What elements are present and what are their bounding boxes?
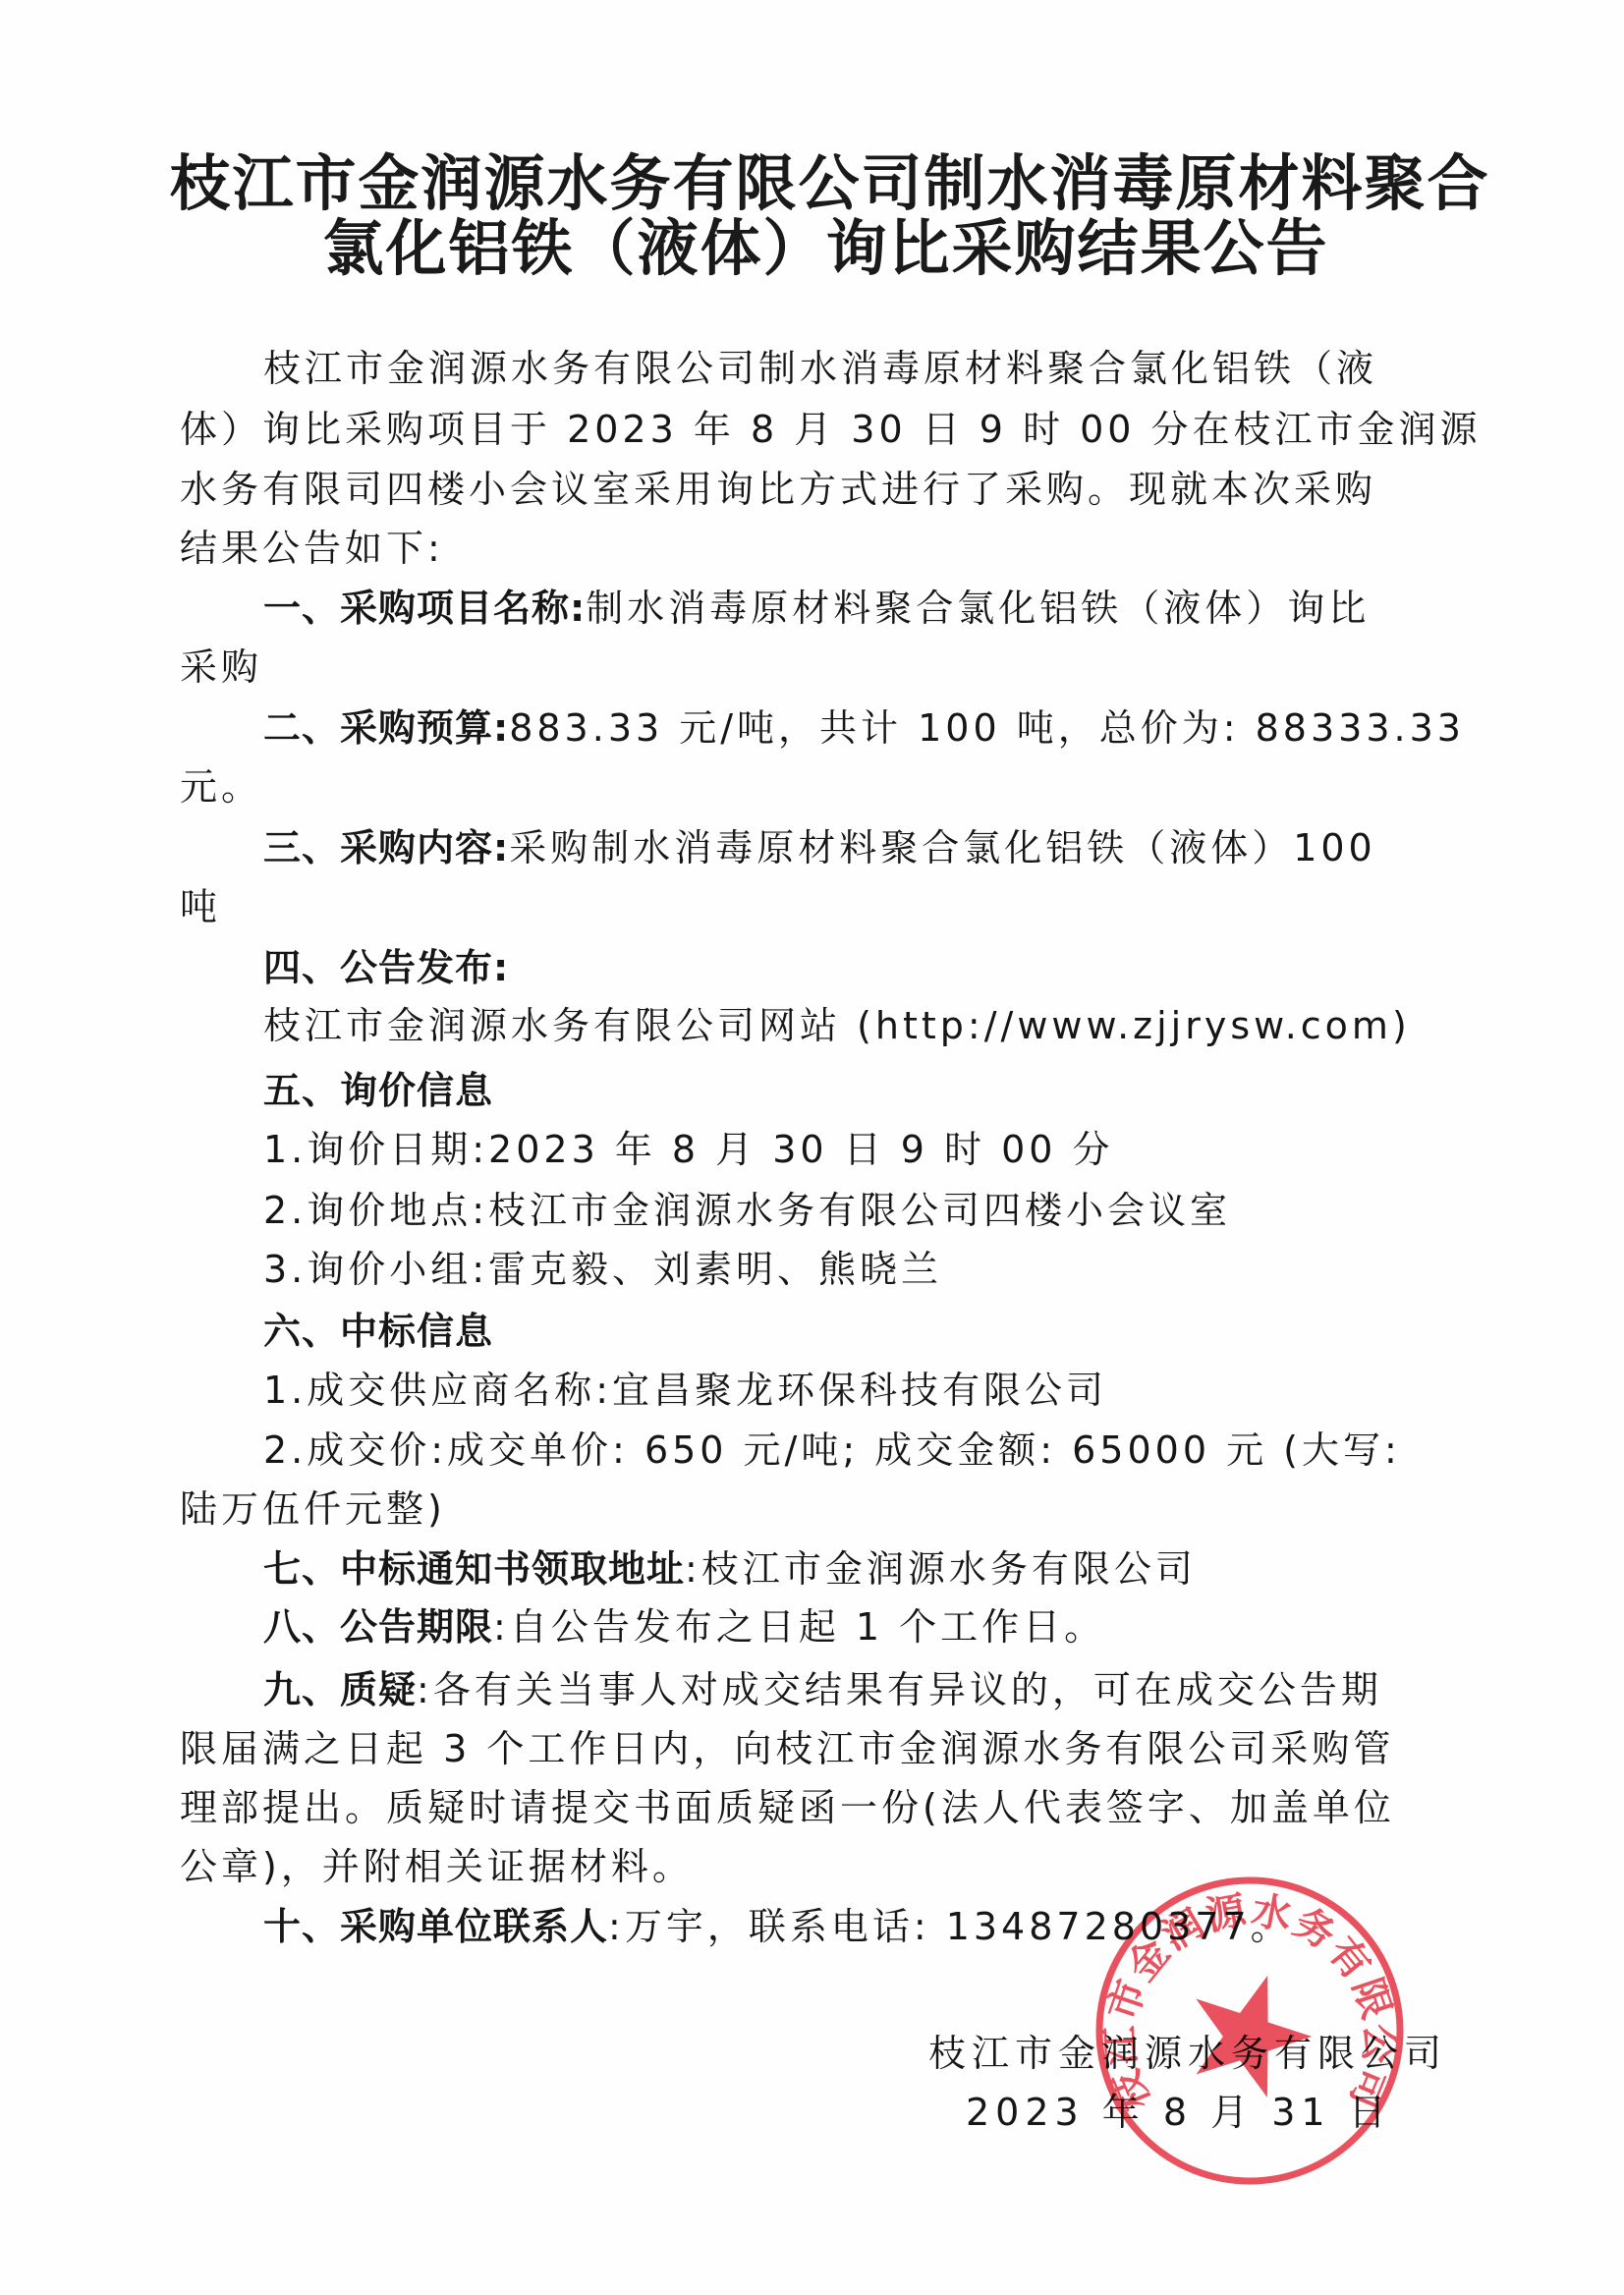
intro-line-1: 枝江市金润源水务有限公司制水消毒原材料聚合氯化铝铁（液: [263, 344, 1469, 393]
document-title-line-2: 氯化铝铁（液体）询比采购结果公告: [14, 214, 1624, 283]
section-3-continuation: 吨: [180, 882, 221, 931]
inquiry-location: 2.询价地点:枝江市金润源水务有限公司四楼小会议室: [263, 1186, 1231, 1235]
section-heading: 三、采购内容:: [263, 826, 509, 869]
section-heading: 七、中标通知书领取地址: [263, 1547, 685, 1591]
section-heading: 八、公告期限: [263, 1605, 493, 1649]
section-7-notice-pickup: 七、中标通知书领取地址:枝江市金润源水务有限公司: [263, 1544, 1197, 1594]
winning-supplier: 1.成交供应商名称:宜昌聚龙环保科技有限公司: [263, 1366, 1107, 1415]
section-2-budget: 二、采购预算:883.33 元/吨，共计 100 吨，总价为: 88333.33: [263, 703, 1465, 753]
section-10-contact: 十、采购单位联系人:万宇，联系电话: 13487280377。: [263, 1902, 1292, 1951]
winning-price: 2.成交价:成交单价: 650 元/吨; 成交金额: 65000 元 (大写:: [263, 1426, 1401, 1475]
section-4-website: 枝江市金润源水务有限公司网站 (http://www.zjjrysw.com): [263, 1001, 1411, 1050]
section-heading: 九、质疑: [263, 1668, 417, 1711]
intro-line-2: 体）询比采购项目于 2023 年 8 月 30 日 9 时 00 分在枝江市金润…: [180, 405, 1482, 454]
section-heading: 十、采购单位联系人: [263, 1905, 608, 1948]
section-5-inquiry-info: 五、询价信息: [263, 1066, 493, 1115]
section-4-publication: 四、公告发布:: [263, 943, 509, 992]
inquiry-panel: 3.询价小组:雷克毅、刘素明、熊晓兰: [263, 1245, 942, 1294]
contact-phone: :万宇，联系电话: 13487280377。: [608, 1905, 1292, 1948]
section-heading: 一、采购项目名称:: [263, 587, 586, 630]
section-heading: 六、中标信息: [263, 1310, 493, 1353]
section-2-continuation: 元。: [180, 762, 262, 812]
section-9-line-3: 理部提出。质疑时请提交书面质疑函一份(法人代表签字、加盖单位: [180, 1783, 1395, 1832]
section-6-winning-bid: 六、中标信息: [263, 1307, 493, 1356]
section-heading: 四、公告发布:: [263, 946, 509, 989]
intro-line-4: 结果公告如下:: [180, 524, 444, 573]
winning-price-continuation: 陆万伍仟元整): [180, 1484, 446, 1534]
signature-company: 枝江市金润源水务有限公司: [928, 2029, 1447, 2078]
intro-line-3: 水务有限司四楼小会议室采用询比方式进行了采购。现就本次采购: [180, 465, 1376, 514]
document-title-line-1: 枝江市金润源水务有限公司制水消毒原材料聚合: [18, 149, 1624, 218]
section-heading: 五、询价信息: [263, 1069, 493, 1112]
website-link-text: 枝江市金润源水务有限公司网站 (http://www.zjjrysw.com): [263, 1004, 1411, 1047]
section-1-continuation: 采购: [180, 643, 262, 692]
section-1-project-name: 一、采购项目名称:制水消毒原材料聚合氯化铝铁（液体）询比: [263, 584, 1370, 633]
inquiry-date: 1.询价日期:2023 年 8 月 30 日 9 时 00 分: [263, 1125, 1114, 1174]
section-8-notice-period: 八、公告期限:自公告发布之日起 1 个工作日。: [263, 1602, 1105, 1651]
section-9-challenges: 九、质疑:各有关当事人对成交结果有异议的，可在成交公告期: [263, 1665, 1382, 1714]
section-9-line-2: 限届满之日起 3 个工作日内，向枝江市金润源水务有限公司采购管: [180, 1724, 1394, 1773]
document-page: 枝江市金润源水务有限公司制水消毒原材料聚合 氯化铝铁（液体）询比采购结果公告 枝…: [0, 0, 1624, 2295]
section-9-line-4: 公章)，并附相关证据材料。: [180, 1842, 694, 1891]
signature-date: 2023 年 8 月 31 日: [966, 2088, 1392, 2137]
section-3-content: 三、采购内容:采购制水消毒原材料聚合氯化铝铁（液体）100: [263, 823, 1376, 872]
section-heading: 二、采购预算:: [263, 706, 509, 750]
